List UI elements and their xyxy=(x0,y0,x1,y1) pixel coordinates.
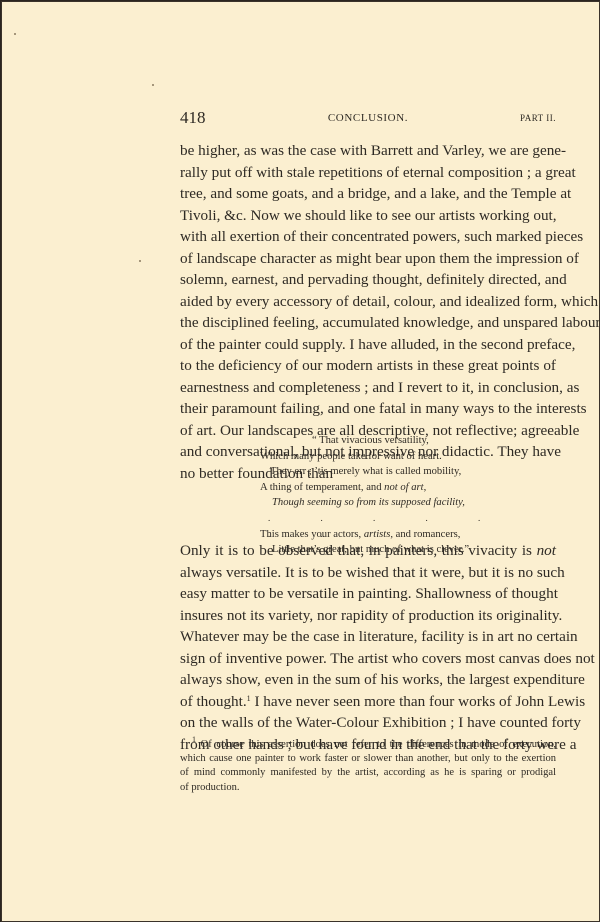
part-label: PART II. xyxy=(520,113,556,123)
text-line: tree, and some goats, and a bridge, and … xyxy=(180,183,556,205)
verse-italic: not of art, xyxy=(384,482,426,493)
text-line: of landscape character as might bear upo… xyxy=(180,248,556,270)
verse-text: A thing of temperament, and xyxy=(260,482,384,493)
ellipsis-dots: . . . . . . . xyxy=(260,511,520,527)
text-line: always show, even in the sum of his work… xyxy=(180,669,556,691)
text-line: easy matter to be versatile in painting.… xyxy=(180,583,556,605)
text-line: on the walls of the Water-Colour Exhibit… xyxy=(180,712,556,734)
verse-text: This makes your actors, xyxy=(260,529,364,540)
paper-speck xyxy=(139,260,141,262)
footnote: 1 Of course this assertion does not refe… xyxy=(180,738,556,795)
footnote-line: of production. xyxy=(180,781,556,795)
text-line: aided by every accessory of detail, colo… xyxy=(180,291,556,313)
text-line: Tivoli, &c. Now we should like to see ou… xyxy=(180,205,556,227)
verse-text: and romancers, xyxy=(393,529,460,540)
text-line: be higher, as was the case with Barrett … xyxy=(180,140,556,162)
book-page: 418 CONCLUSION. PART II. be higher, as w… xyxy=(1,1,600,922)
running-header: 418 CONCLUSION. PART II. xyxy=(180,106,556,128)
verse-line: They err ; ’tis merely what is called mo… xyxy=(260,464,520,480)
footnote-line: which cause one painter to work faster o… xyxy=(180,752,556,766)
text-line: the disciplined feeling, accumulated kno… xyxy=(180,312,556,334)
running-title: CONCLUSION. xyxy=(180,112,556,124)
paper-speck xyxy=(152,84,154,86)
text-line: rally put off with stale repetitions of … xyxy=(180,162,556,184)
verse-italic: artists, xyxy=(364,529,393,540)
text-run: Only it is to be observed that, in paint… xyxy=(180,542,537,559)
text-line: earnestness and completeness ; and I rev… xyxy=(180,377,556,399)
text-line: solemn, earnest, and pervading thought, … xyxy=(180,269,556,291)
text-line: their paramount failing, and one fatal i… xyxy=(180,398,556,420)
text-run: of thought. xyxy=(180,693,247,710)
verse-line: Though seeming so from its supposed faci… xyxy=(260,495,520,511)
verse-line: “ That vivacious versatility, xyxy=(260,433,520,449)
text-run: I have never seen more than four works o… xyxy=(251,693,585,710)
verse-italic: Though seeming so from its supposed faci… xyxy=(272,497,465,508)
text-line: of the painter could supply. I have allu… xyxy=(180,334,556,356)
footnote-line: of mind commonly manifested by the artis… xyxy=(180,766,556,780)
verse-line: Which many people take for want of heart… xyxy=(260,449,520,465)
text-line: insures not its variety, nor rapidity of… xyxy=(180,605,556,627)
text-line: Whatever may be the case in literature, … xyxy=(180,626,556,648)
text-line: with all exertion of their concentrated … xyxy=(180,226,556,248)
text-line: to the deficiency of our modern artists … xyxy=(180,355,556,377)
footnote-text: Of course this assertion does not refer … xyxy=(196,739,556,750)
text-line: sign of inventive power. The artist who … xyxy=(180,648,556,670)
verse-line: A thing of temperament, and not of art, xyxy=(260,480,520,496)
text-line: of thought.1 I have never seen more than… xyxy=(180,691,556,713)
italic-run: not xyxy=(537,542,556,559)
paragraph-2: Only it is to be observed that, in paint… xyxy=(180,540,556,755)
text-line: always versatile. It is to be wished tha… xyxy=(180,562,556,584)
text-line: Only it is to be observed that, in paint… xyxy=(180,540,556,562)
footnote-line: 1 Of course this assertion does not refe… xyxy=(180,738,556,752)
paper-speck xyxy=(14,33,16,35)
